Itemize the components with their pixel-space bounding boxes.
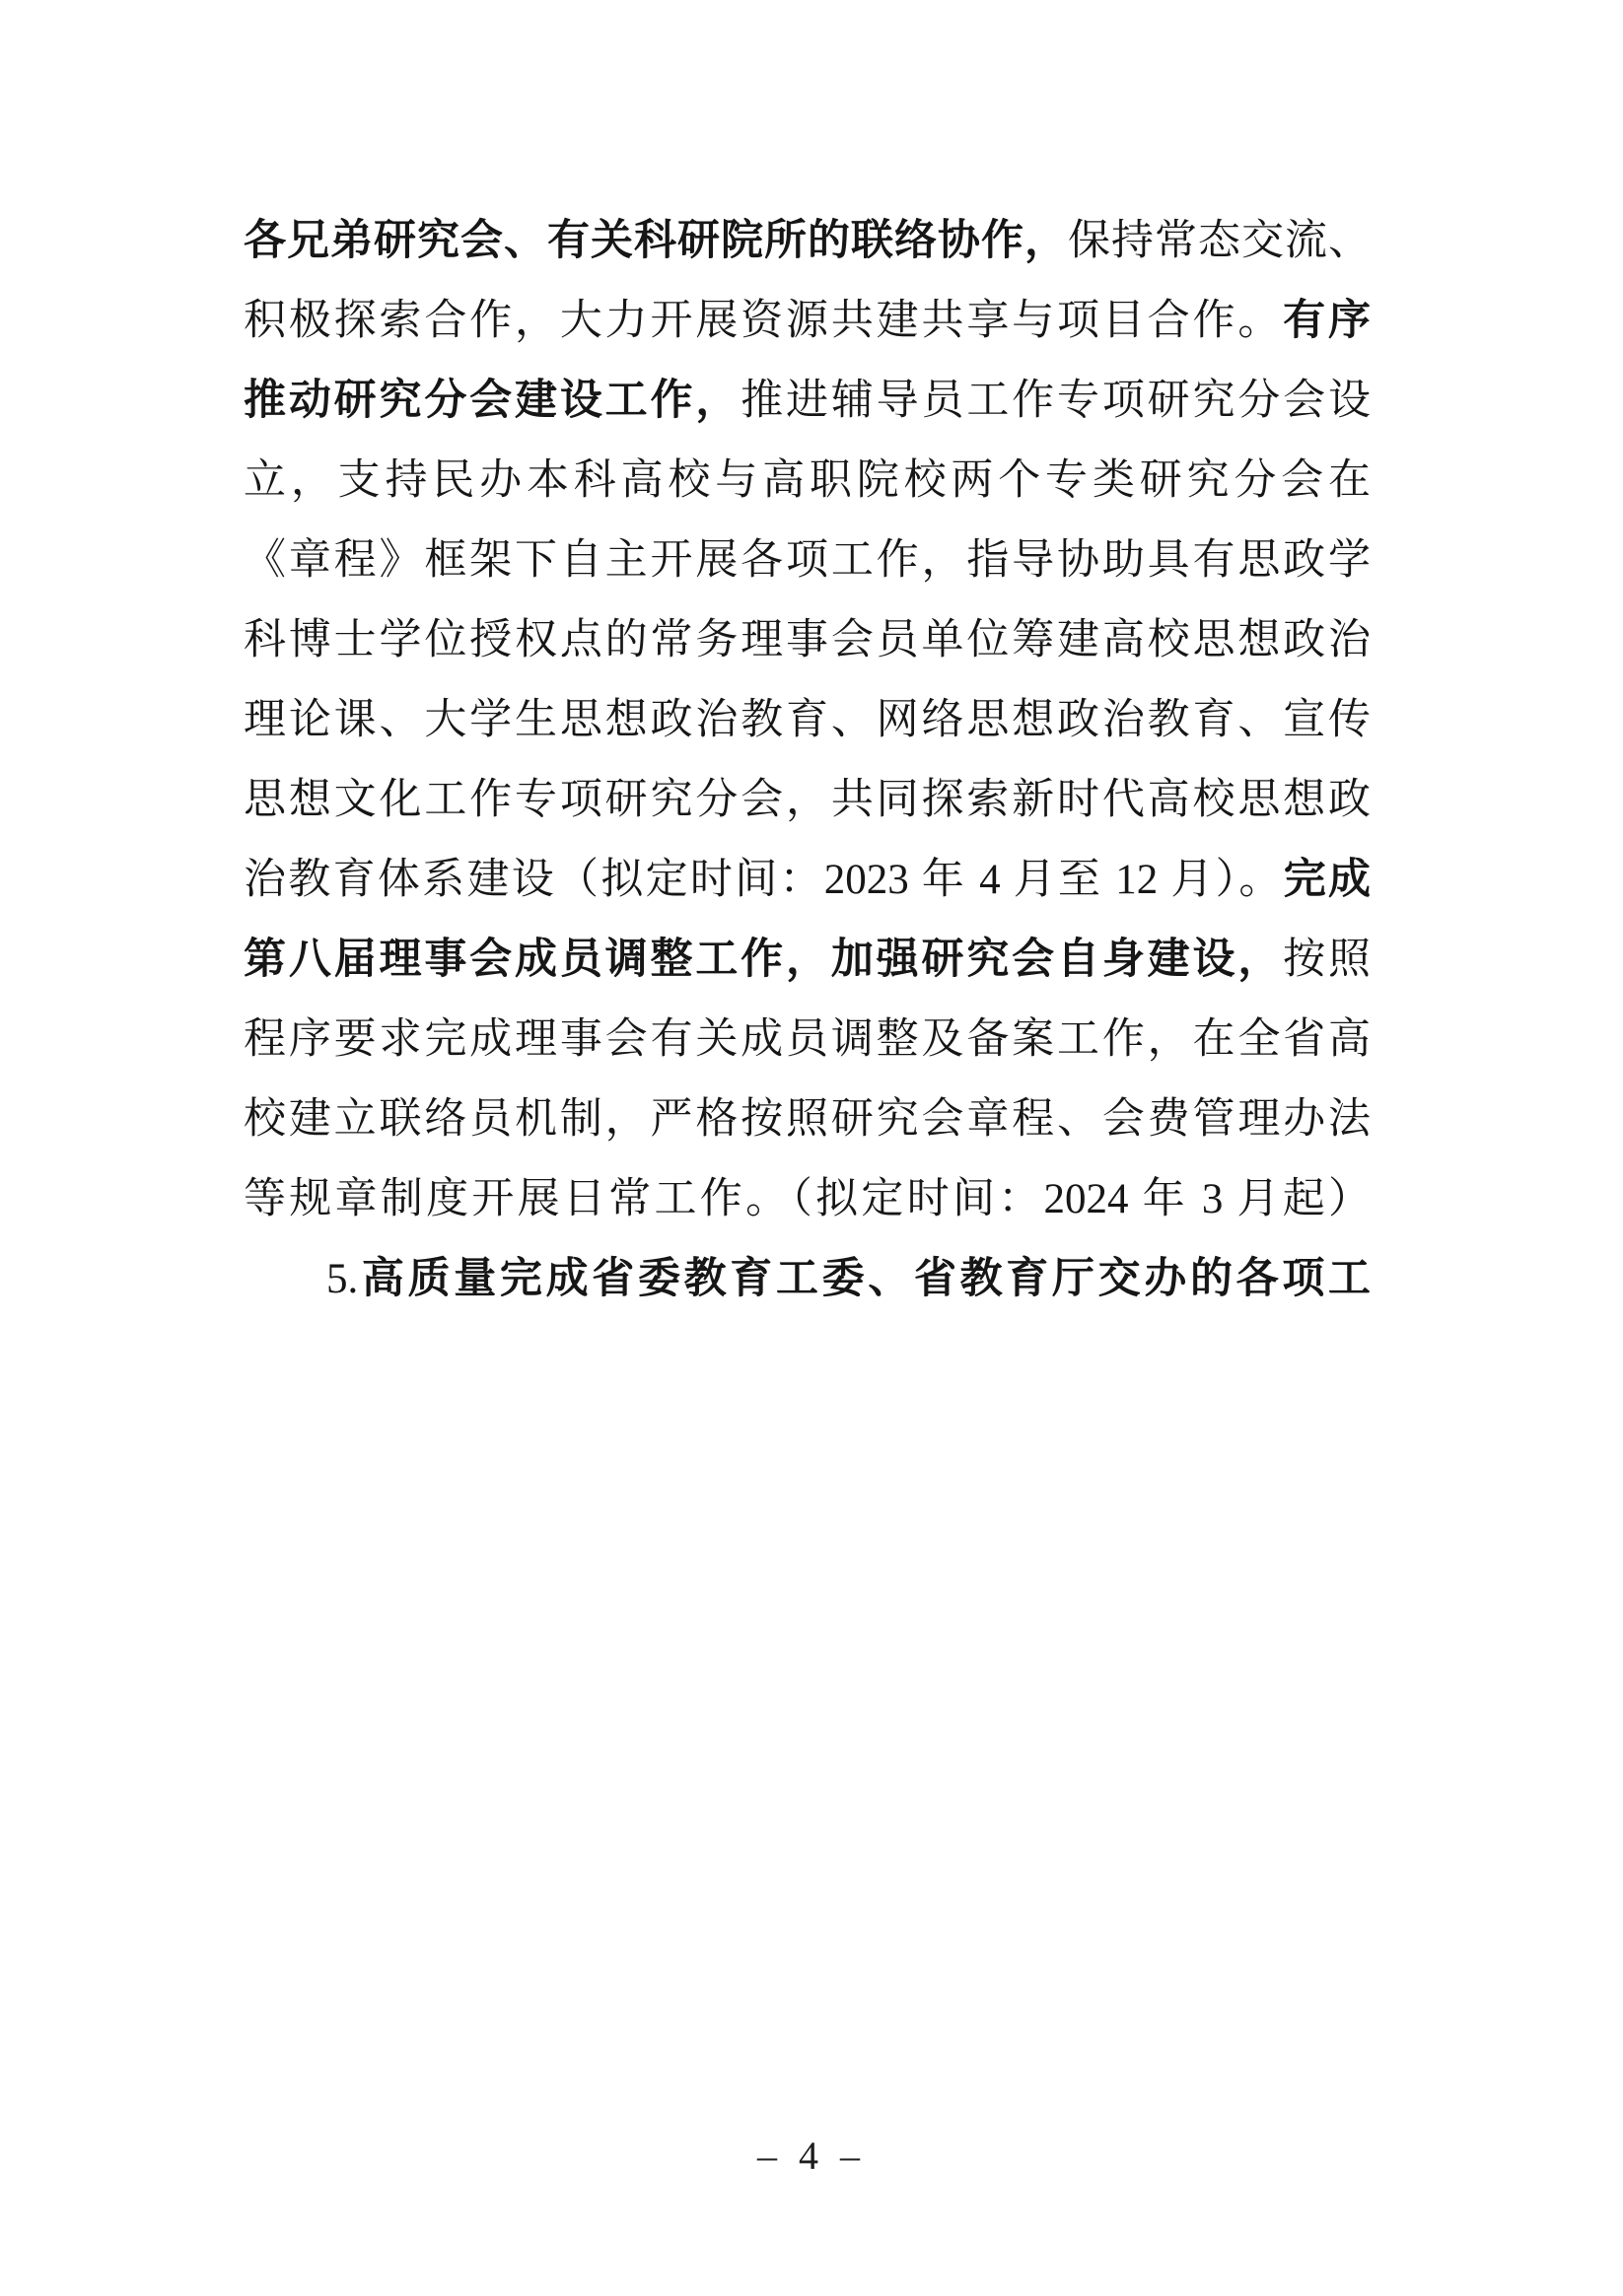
text-run: 理论课、大学生思想政治教育、网络思想政治教育、宣传: [244, 697, 1371, 743]
text-run: 有序: [1283, 298, 1371, 344]
text-run: 推动研究分会建设工作，: [244, 378, 741, 424]
text-line: 等规章制度开展日常工作。（拟定时间：2024 年 3 月起）: [244, 1159, 1371, 1239]
text-run: 推进辅导员工作专项研究分会设: [741, 378, 1371, 424]
text-line: 治教育体系建设（拟定时间：2023 年 4 月至 12 月）。完成: [244, 840, 1371, 920]
text-run: 校建立联络员机制，严格按照研究会章程、会费管理办法: [244, 1096, 1371, 1143]
text-run: 科博士学位授权点的常务理事会员单位筹建高校思想政治: [244, 617, 1371, 663]
text-run: 5.: [326, 1256, 358, 1302]
text-run: 程序要求完成理事会有关成员调整及备案工作，在全省高: [244, 1016, 1371, 1063]
text-line: 思想文化工作专项研究分会，共同探索新时代高校思想政: [244, 760, 1371, 840]
text-line: 校建立联络员机制，严格按照研究会章程、会费管理办法: [244, 1079, 1371, 1159]
text-line: 科博士学位授权点的常务理事会员单位筹建高校思想政治: [244, 600, 1371, 680]
text-line: 5.高质量完成省委教育工委、省教育厅交办的各项工作。: [244, 1239, 1371, 1319]
text-run: 立，支持民办本科高校与高职院校两个专类研究分会在: [244, 457, 1371, 504]
text-line: 《章程》框架下自主开展各项工作，指导协助具有思政学: [244, 521, 1371, 600]
text-line: 积极探索合作，大力开展资源共建共享与项目合作。有序: [244, 281, 1371, 361]
text-run: 治教育体系建设（拟定时间：2023 年 4 月至 12 月）。: [244, 857, 1284, 903]
text-line: 立，支持民办本科高校与高职院校两个专类研究分会在: [244, 441, 1371, 521]
text-run: 各兄弟研究会、有关科研院所的联络协作，: [244, 218, 1068, 264]
text-run: 积极探索合作，大力开展资源共建共享与项目合作。: [244, 298, 1283, 344]
page-number: – 4 –: [0, 2132, 1623, 2180]
text-line: 程序要求完成理事会有关成员调整及备案工作，在全省高: [244, 1000, 1371, 1079]
text-line: 理论课、大学生思想政治教育、网络思想政治教育、宣传: [244, 680, 1371, 760]
text-run: 完成: [1284, 857, 1371, 903]
text-run: 按照: [1283, 937, 1371, 983]
text-run: 思想文化工作专项研究分会，共同探索新时代高校思想政: [244, 777, 1371, 823]
text-run: 高质量完成省委教育工委、省教育厅交办的各项工作。: [326, 1255, 1371, 1319]
text-line: 推动研究分会建设工作，推进辅导员工作专项研究分会设: [244, 361, 1371, 441]
text-run: 第八届理事会成员调整工作，加强研究会自身建设，: [244, 937, 1283, 983]
document-page: 各兄弟研究会、有关科研院所的联络协作，保持常态交流、积极探索合作，大力开展资源共…: [0, 0, 1623, 2296]
text-line: 第八届理事会成员调整工作，加强研究会自身建设，按照: [244, 920, 1371, 1000]
text-run: 《章程》框架下自主开展各项工作，指导协助具有思政学: [244, 537, 1371, 584]
text-run: 保持常态交流、: [1068, 218, 1371, 264]
text-line: 各兄弟研究会、有关科研院所的联络协作，保持常态交流、: [244, 201, 1371, 281]
text-run: 等规章制度开展日常工作。（拟定时间：2024 年 3 月起）: [244, 1176, 1371, 1222]
document-body: 各兄弟研究会、有关科研院所的联络协作，保持常态交流、积极探索合作，大力开展资源共…: [244, 201, 1371, 1319]
